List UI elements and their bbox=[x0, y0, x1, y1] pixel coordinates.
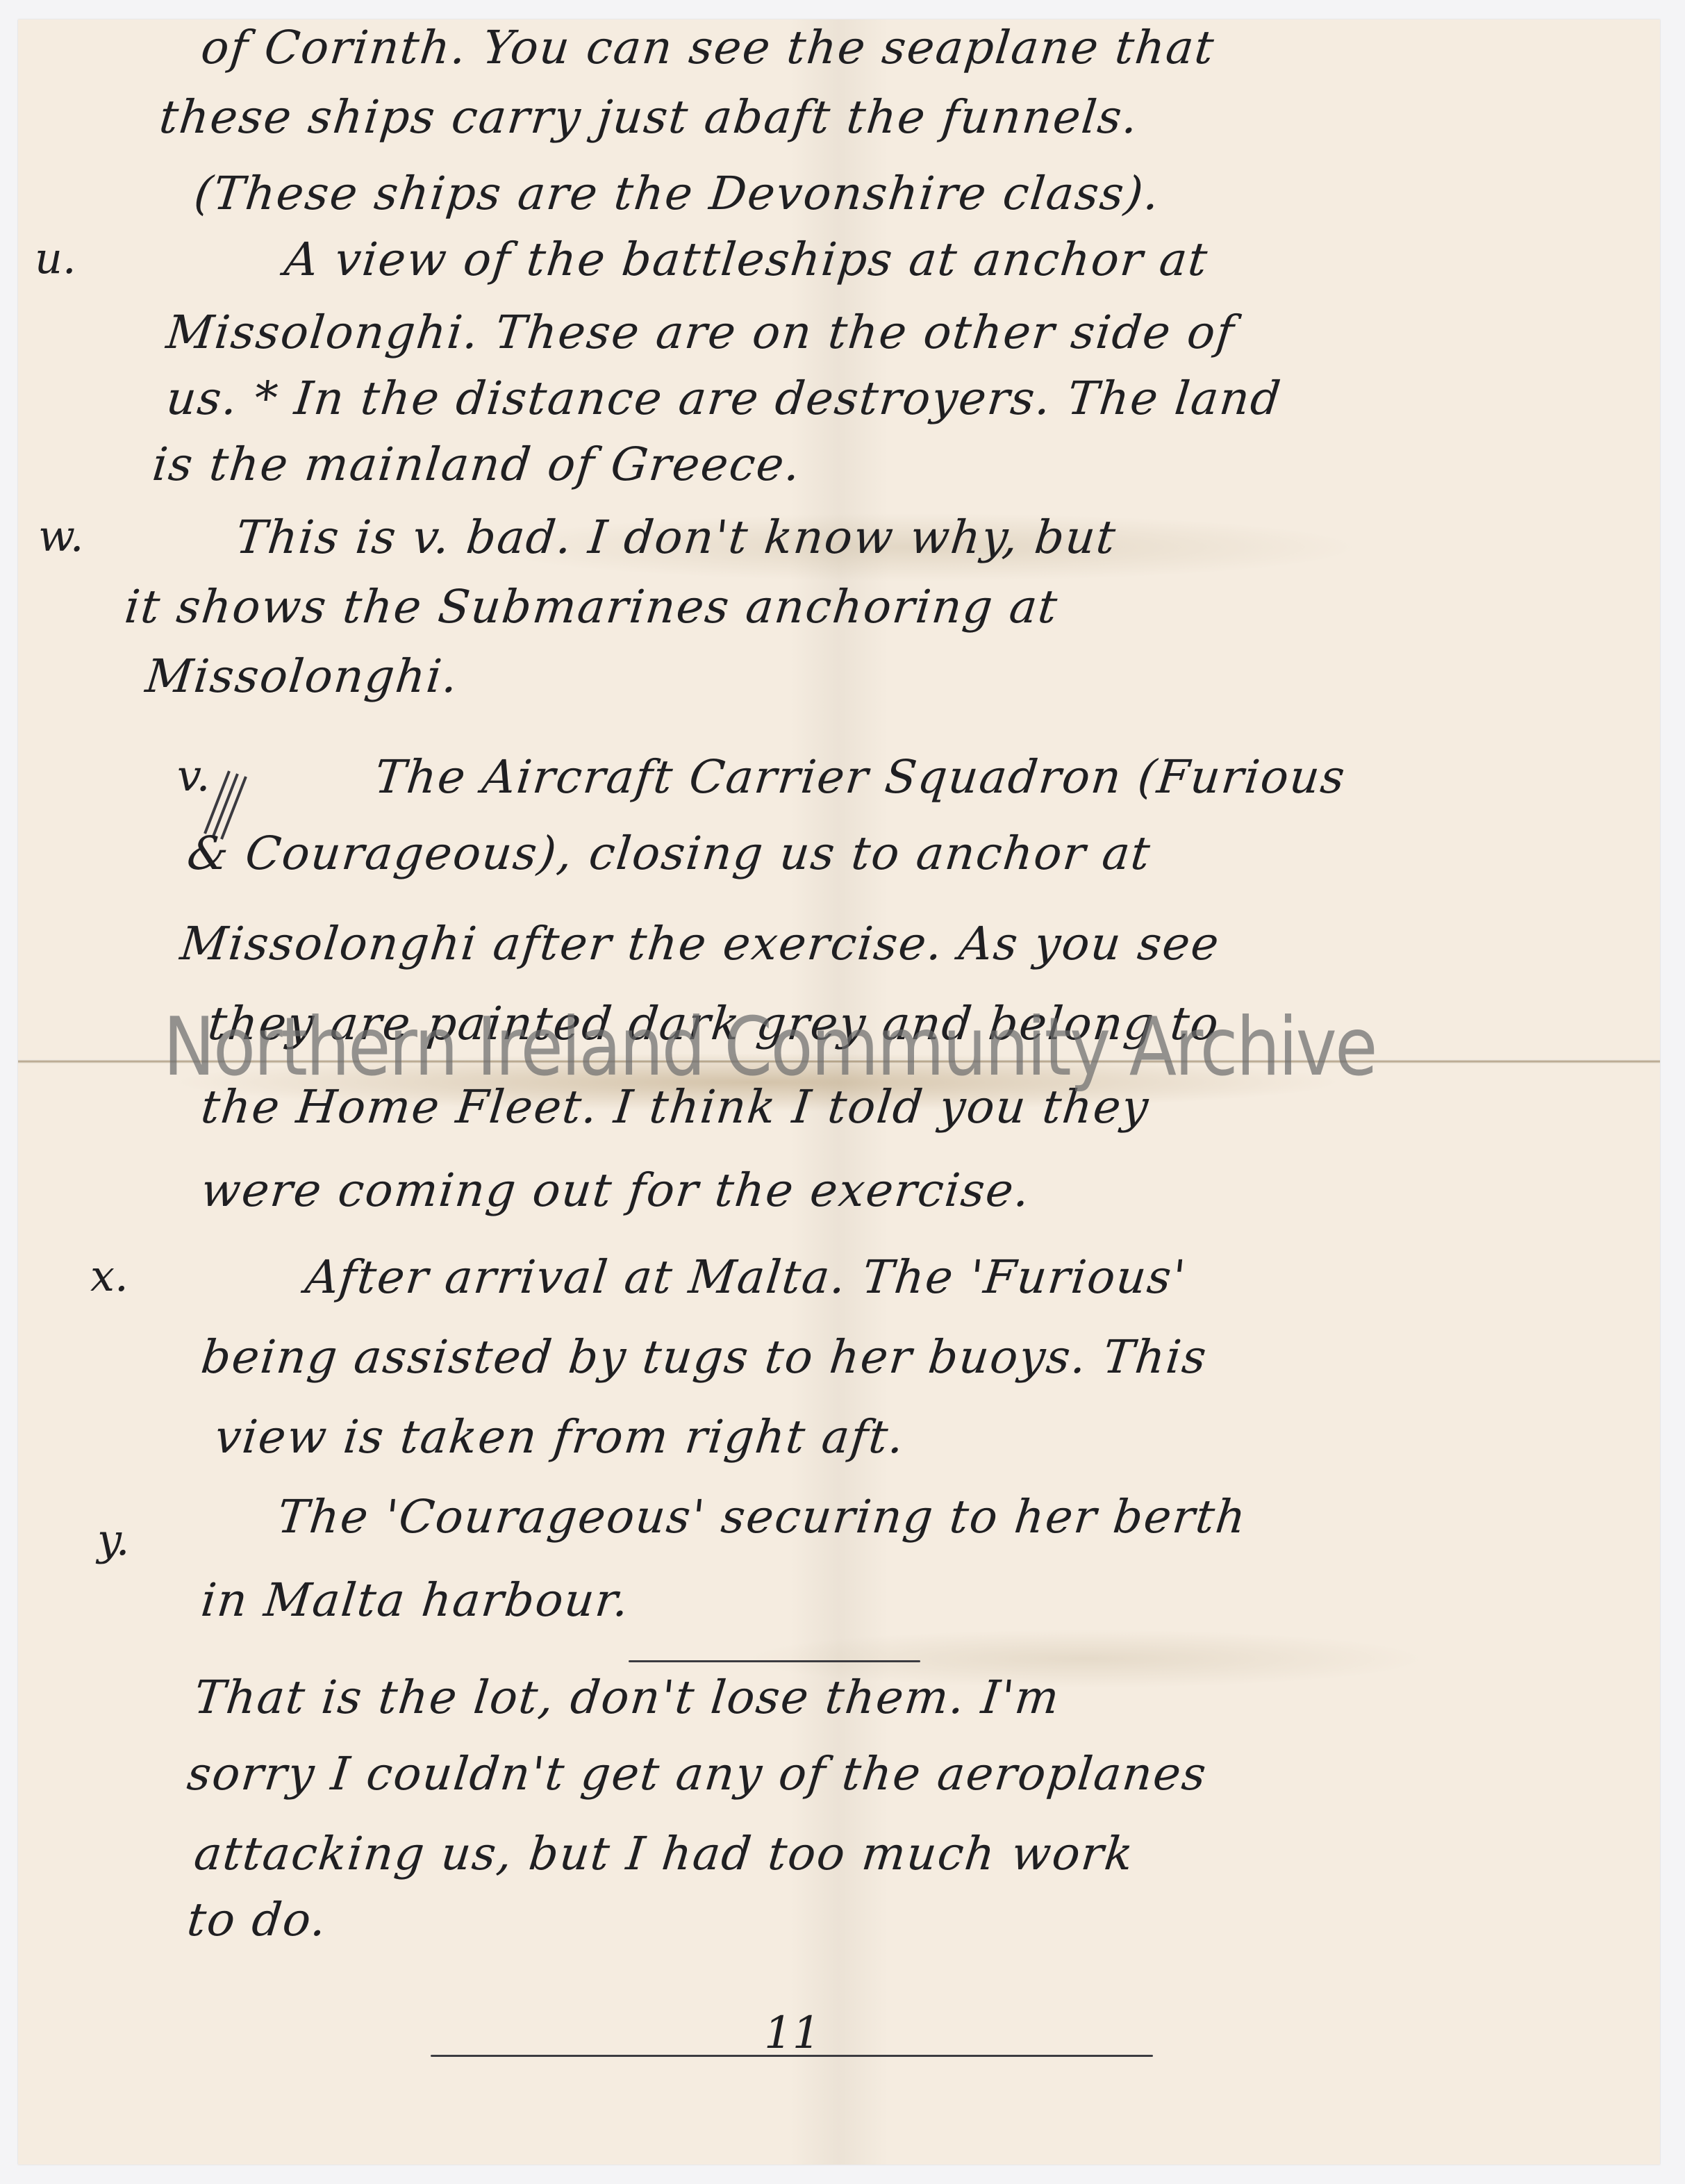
letter-line: The Aircraft Carrier Squadron (Furious bbox=[372, 750, 1349, 804]
letter-line: A view of the battleships at anchor at bbox=[282, 233, 1211, 286]
margin-label-x: x. bbox=[90, 1250, 128, 1301]
letter-line: in Malta harbour. bbox=[199, 1573, 633, 1627]
margin-label-u: u. bbox=[35, 233, 76, 283]
margin-label-y: y. bbox=[97, 1514, 130, 1565]
letter-line: being assisted by tugs to her buoys. Thi… bbox=[199, 1330, 1210, 1384]
letter-line: & Courageous), closing us to anchor at bbox=[185, 827, 1154, 880]
letter-line: Missolonghi. bbox=[143, 650, 461, 703]
letter-line: view is taken from right aft. bbox=[213, 1410, 908, 1464]
letter-line: The 'Courageous' securing to her berth bbox=[275, 1490, 1250, 1544]
archive-watermark: Northern Ireland Community Archive bbox=[163, 1000, 1376, 1094]
letter-line: to do. bbox=[185, 1893, 330, 1946]
letter-line: attacking us, but I had too much work bbox=[192, 1827, 1137, 1880]
page-number: 11 bbox=[764, 2008, 820, 2059]
letter-line: sorry I couldn't get any of the aeroplan… bbox=[185, 1747, 1210, 1801]
letter-line: is the mainland of Greece. bbox=[150, 438, 804, 491]
margin-label-w: w. bbox=[38, 511, 83, 561]
section-divider bbox=[629, 1660, 920, 1662]
letter-line: us. * In the distance are destroyers. Th… bbox=[164, 372, 1284, 425]
letter-line: Missolonghi. These are on the other side… bbox=[164, 306, 1238, 359]
letter-line: (These ships are the Devonshire class). bbox=[192, 167, 1163, 220]
letter-line: it shows the Submarines anchoring at bbox=[122, 580, 1061, 634]
letter-line: were coming out for the exercise. bbox=[199, 1164, 1034, 1217]
letter-line: of Corinth. You can see the seaplane tha… bbox=[199, 21, 1218, 74]
letter-line: That is the lot, don't lose them. I'm bbox=[192, 1671, 1063, 1724]
letter-line: these ships carry just abaft the funnels… bbox=[157, 90, 1142, 144]
letter-line: After arrival at Malta. The 'Furious' bbox=[303, 1250, 1189, 1304]
letter-line: This is v. bad. I don't know why, but bbox=[233, 511, 1119, 564]
letter-line: Missolonghi after the exercise. As you s… bbox=[178, 917, 1222, 970]
